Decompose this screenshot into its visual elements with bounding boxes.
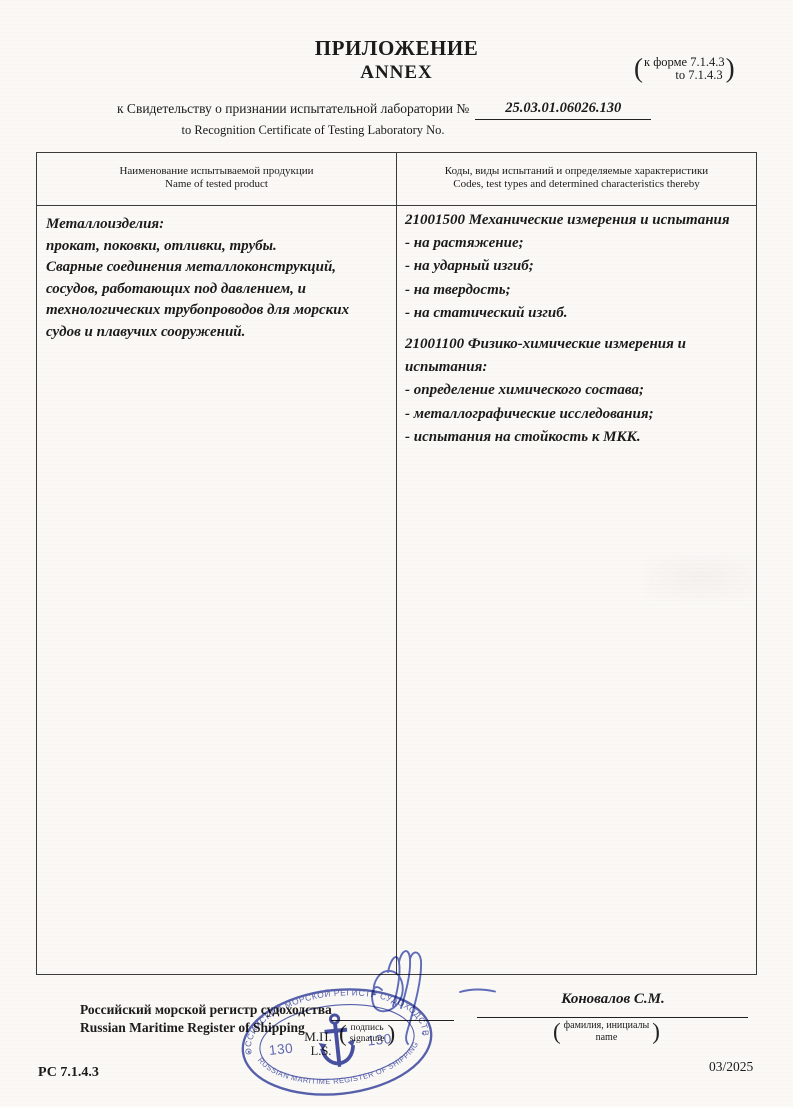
subtitle-ru: к Свидетельству о признании испытательно… — [117, 101, 469, 117]
table-cell-product: Металлоизделия: прокат, поковки, отливки… — [37, 206, 397, 974]
table-header-codes-ru: Коды, виды испытаний и определяемые хара… — [415, 165, 738, 179]
table-header-product: Наименование испытываемой продукции Name… — [37, 153, 397, 206]
codes-line: - на статический изгиб. — [405, 302, 748, 325]
form-reference: ( к форме 7.1.4.3 to 7.1.4.3 ) — [634, 53, 735, 83]
subtitle-en: to Recognition Certificate of Testing La… — [117, 123, 509, 138]
certificate-reference-row: к Свидетельству о признании испытательно… — [117, 101, 651, 121]
open-paren: ( — [634, 53, 643, 83]
signatory-name: Коновалов С.М. — [477, 991, 749, 1008]
codes-line: испытания: — [405, 356, 748, 379]
form-code: РС 7.1.4.3 — [38, 1065, 99, 1081]
name-line — [477, 1017, 748, 1018]
certificate-number: 25.03.01.06026.130 — [475, 100, 651, 120]
codes-block-physico-chemical: 21001100 Физико-химические измерения и и… — [405, 333, 748, 449]
close-paren: ) — [726, 53, 735, 83]
close-paren: ) — [652, 1020, 660, 1044]
table-header-product-ru: Наименование испытываемой продукции — [55, 165, 378, 179]
name-caption-ru: фамилия, инициалы — [564, 1020, 650, 1032]
codes-block-mechanical: 21001500 Механические измерения и испыта… — [405, 209, 748, 325]
codes-line: - на растяжение; — [405, 232, 748, 255]
product-line: сосудов, работающих под давлением, и — [46, 279, 386, 301]
issue-date: 03/2025 — [709, 1059, 753, 1075]
name-caption-en: name — [564, 1032, 650, 1044]
form-ref-ru: к форме 7.1.4.3 — [644, 55, 725, 69]
handwritten-signature — [352, 946, 502, 1048]
codes-line: 21001100 Физико-химические измерения и — [405, 333, 748, 356]
product-line: судов и плавучих сооружений. — [46, 322, 386, 344]
table-header-codes-en: Codes, test types and determined charact… — [415, 178, 738, 192]
name-caption: ( фамилия, инициалы name ) — [553, 1020, 660, 1044]
codes-line: - определение химического состава; — [405, 379, 748, 402]
product-line: прокат, поковки, отливки, трубы. — [46, 236, 386, 258]
products-tests-table: Наименование испытываемой продукции Name… — [36, 152, 757, 975]
table-header-product-en: Name of tested product — [55, 178, 378, 192]
table-cell-codes: 21001500 Механические измерения и испыта… — [397, 206, 756, 974]
product-line: Сварные соединения металлоконструкций, — [46, 257, 386, 279]
open-paren: ( — [553, 1020, 561, 1044]
codes-line: - на твердость; — [405, 279, 748, 302]
table-header-codes: Коды, виды испытаний и определяемые хара… — [397, 153, 756, 206]
codes-line: - испытания на стойкость к МКК. — [405, 426, 748, 449]
product-line: Металлоизделия: — [46, 214, 386, 236]
product-line: технологических трубопроводов для морски… — [46, 300, 386, 322]
codes-line: - металлографические исследования; — [405, 403, 748, 426]
codes-line: 21001500 Механические измерения и испыта… — [405, 209, 748, 232]
form-ref-en: to 7.1.4.3 — [644, 69, 725, 82]
stamp-branch-number-left: 130 — [268, 1041, 294, 1058]
codes-line: - на ударный изгиб; — [405, 255, 748, 278]
